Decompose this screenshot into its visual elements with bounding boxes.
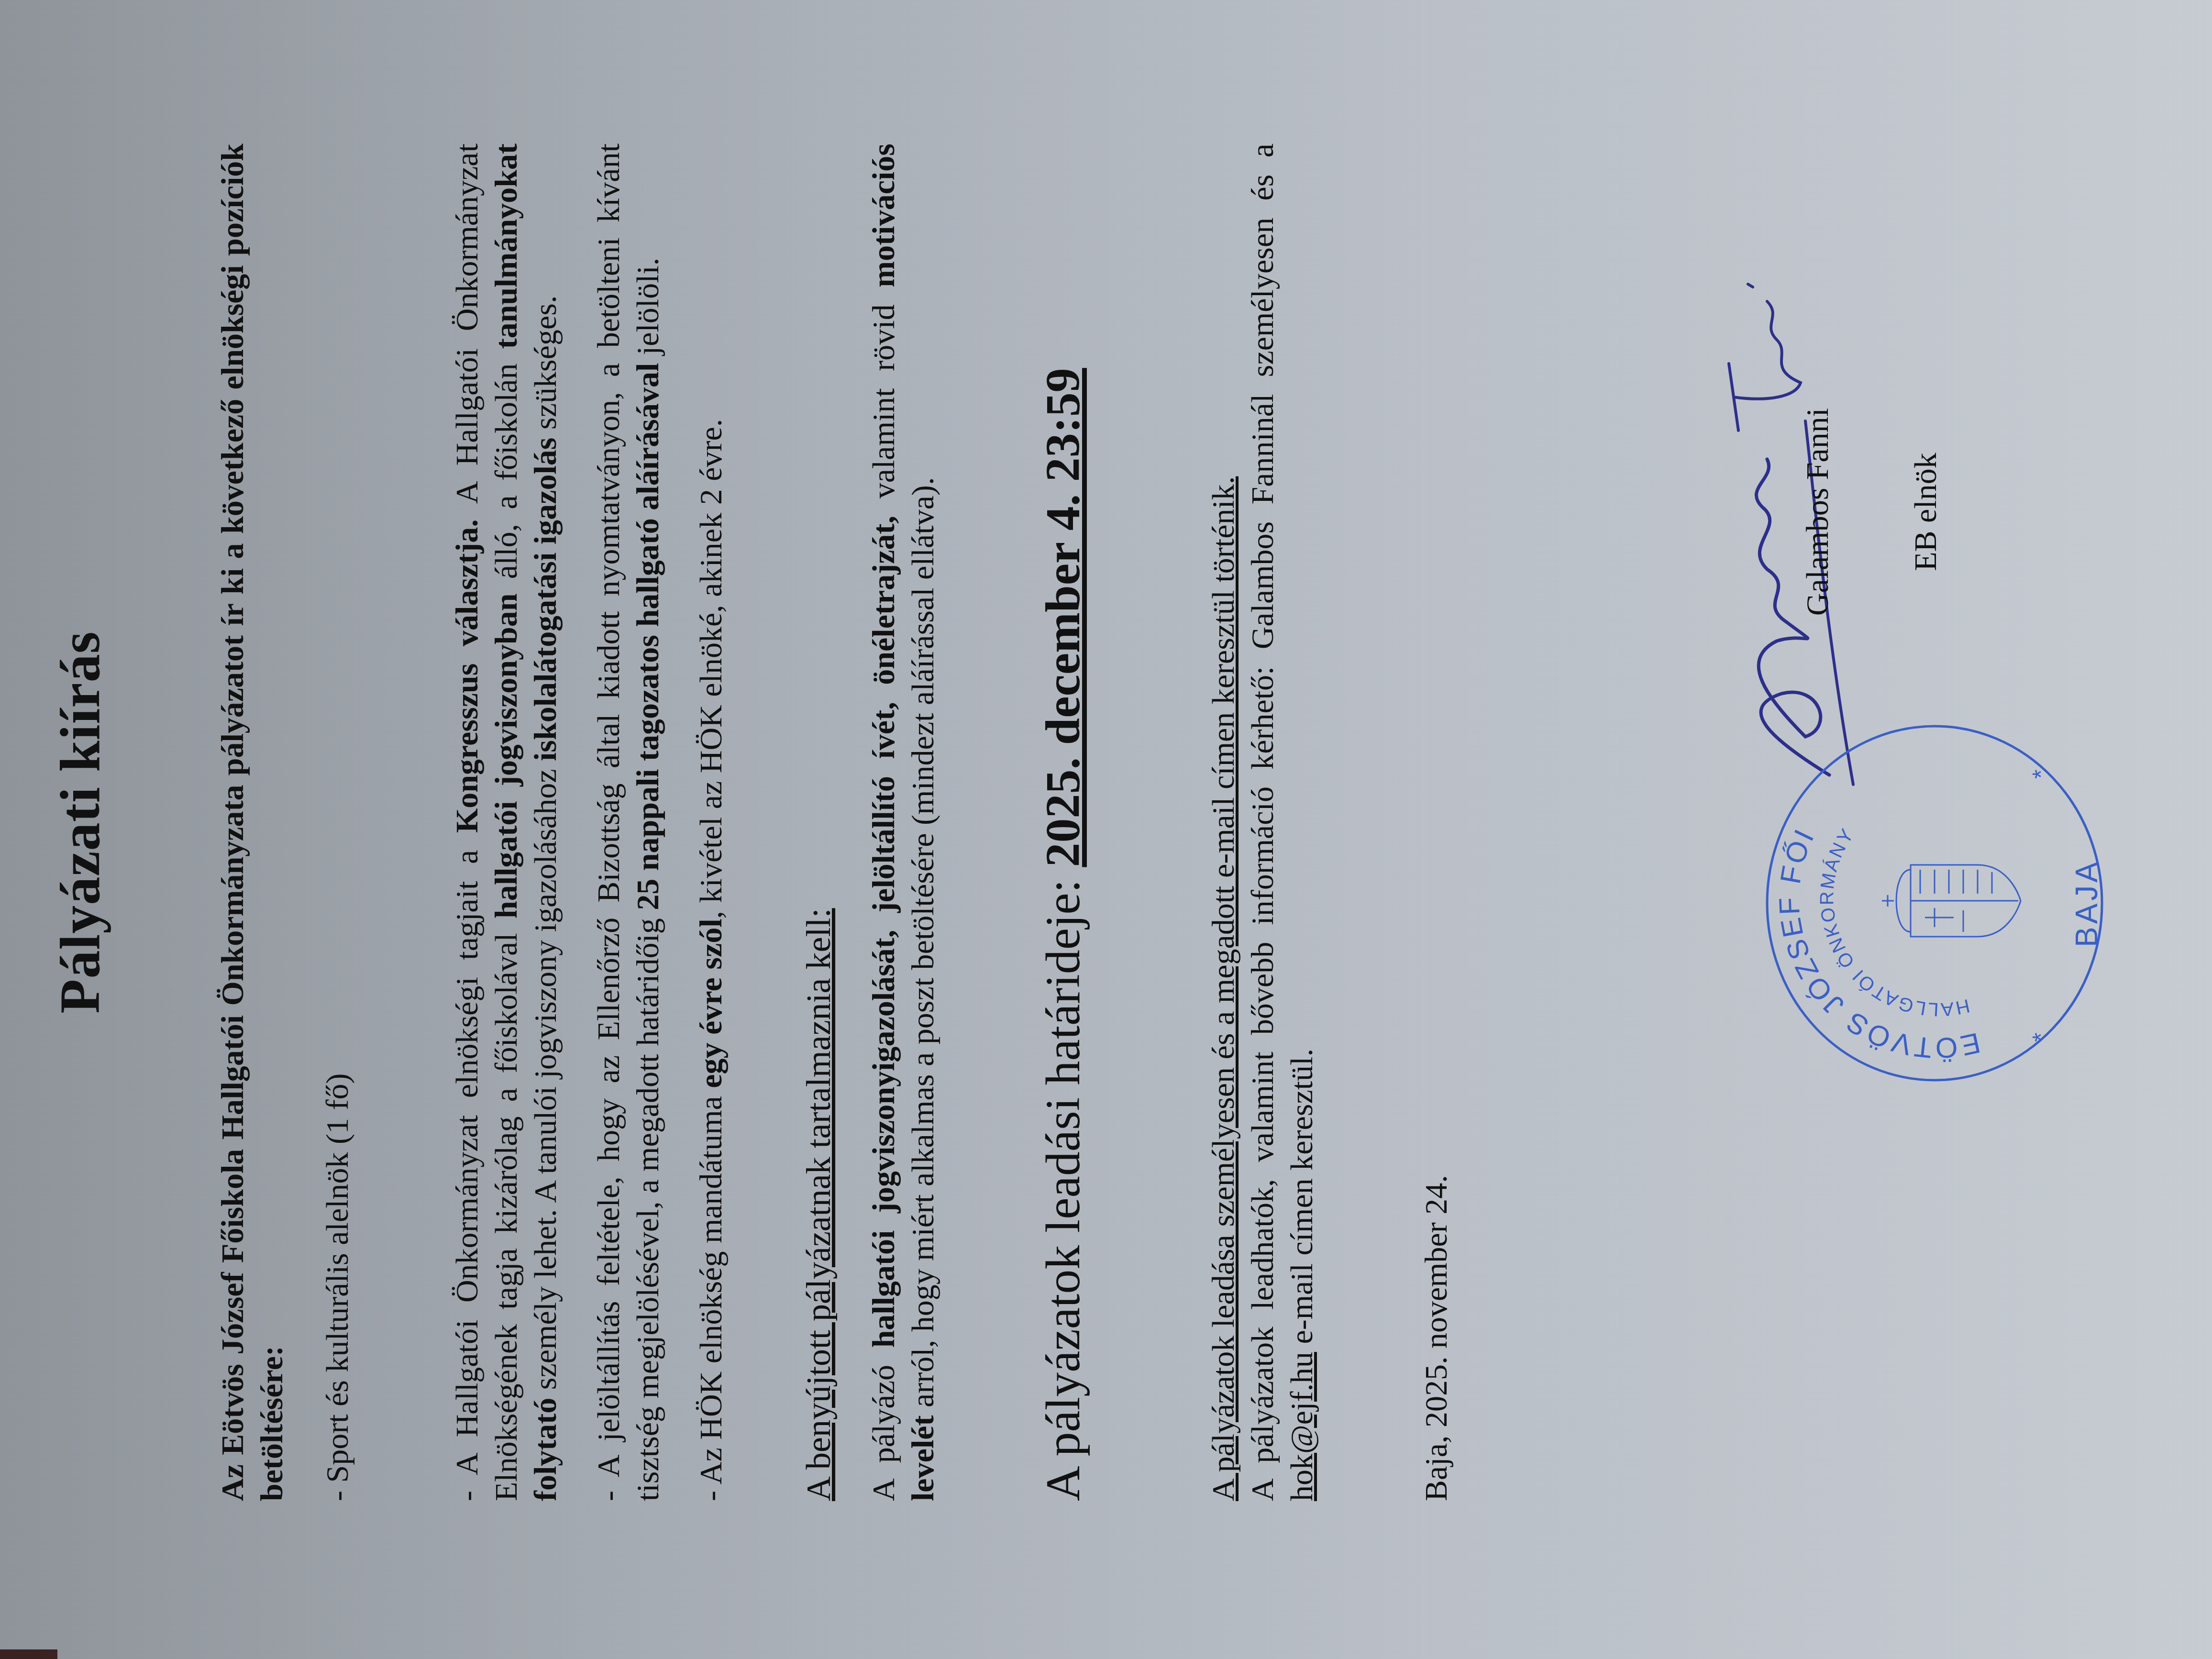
stamp-outer-text: EÖTVÖS JÓZSEF FŐISKOLA	[1753, 823, 1983, 1095]
condition-congress: - A Hallgatói Önkormányzat elnökségi tag…	[448, 144, 565, 1501]
deadline-value: 2025. december 4. 23:59	[1036, 368, 1090, 867]
official-stamp: EÖTVÖS JÓZSEF FŐISKOLA HALLGATÓI ÖNKORMÁ…	[1753, 712, 2116, 1095]
text: álló, a főiskolán	[489, 349, 524, 594]
place-date: Baja, 2025. november 24.	[1417, 144, 1456, 1501]
text: A pályázatok leadhatók, valamint bővebb …	[1245, 144, 1280, 1501]
signatory-name: Galambos Fanni	[1800, 297, 1836, 727]
document-page: Pályázati kiírás Az Eötvös József Főisko…	[0, 0, 2212, 1659]
text: , kivétel az HÖK elnöké, akinek 2 évre.	[694, 419, 729, 919]
bold-text: 25 nappali tagozatos hallgató aláírásáva…	[630, 363, 665, 910]
info-paragraph: A pályázatok leadhatók, valamint bővebb …	[1243, 144, 1322, 1501]
signature-block: Galambos Fanni EB elnök	[1800, 297, 1944, 727]
text: valamint rövid	[866, 288, 901, 516]
text: - Az HÖK elnökség mandátuma	[694, 1088, 729, 1501]
bold-text: hallgatói jogviszonyigazolását, jelöltál…	[866, 516, 901, 1348]
coat-of-arms-icon	[1882, 865, 2021, 937]
star-icon: *	[2028, 770, 2055, 779]
signatory-role: EB elnök	[1908, 297, 1944, 727]
position-item: - Sport és kulturális alelnök (1 fő)	[318, 144, 357, 1501]
submission-note: A pályázatok leadása személyesen és a me…	[1204, 144, 1243, 1501]
requirements-paragraph: A pályázó hallgatói jogviszonyigazolását…	[864, 144, 943, 1501]
condition-nomination: - A jelöltállítás feltétele, hogy az Ell…	[589, 144, 668, 1501]
text: személy lehet. A tanulói jogviszony igaz…	[528, 761, 563, 1398]
bold-text: egy évre szól	[694, 918, 729, 1088]
text: e-mail címen keresztül.	[1284, 1049, 1319, 1352]
text: szükséges.	[528, 296, 563, 438]
intro-paragraph: Az Eötvös József Főiskola Hallgatói Önko…	[213, 144, 292, 1501]
text: arról, hogy miért alkalmas a poszt betöl…	[906, 477, 940, 1416]
text: jelölöli.	[630, 258, 665, 363]
requirements-heading: A benyújtott pályázatnak tartalmaznia ke…	[797, 144, 840, 1501]
deadline-label: A pályázatok leadási határideje:	[1036, 867, 1090, 1501]
svg-text:EÖTVÖS JÓZSEF FŐISKOLA: EÖTVÖS JÓZSEF FŐISKOLA	[1753, 823, 1983, 1095]
document-title: Pályázati kiírás	[48, 144, 113, 1501]
text: - A Hallgatói Önkormányzat elnökségi tag…	[450, 833, 485, 1501]
bold-text: iskolalátogatási igazolás	[528, 438, 563, 762]
deadline-line: A pályázatok leadási határideje: 2025. d…	[1033, 144, 1094, 1501]
condition-mandate: - Az HÖK elnökség mandátuma egy évre szó…	[692, 144, 731, 1501]
stamp-city: BAJA	[2069, 859, 2104, 947]
star-icon: *	[2028, 1033, 2055, 1042]
email-link[interactable]: hok@ejf.hu	[1284, 1352, 1319, 1501]
text: A pályázó	[866, 1348, 901, 1501]
bold-text: hallgatói jogviszonyban	[489, 594, 524, 918]
bold-text: Kongresszus választja.	[450, 519, 485, 833]
